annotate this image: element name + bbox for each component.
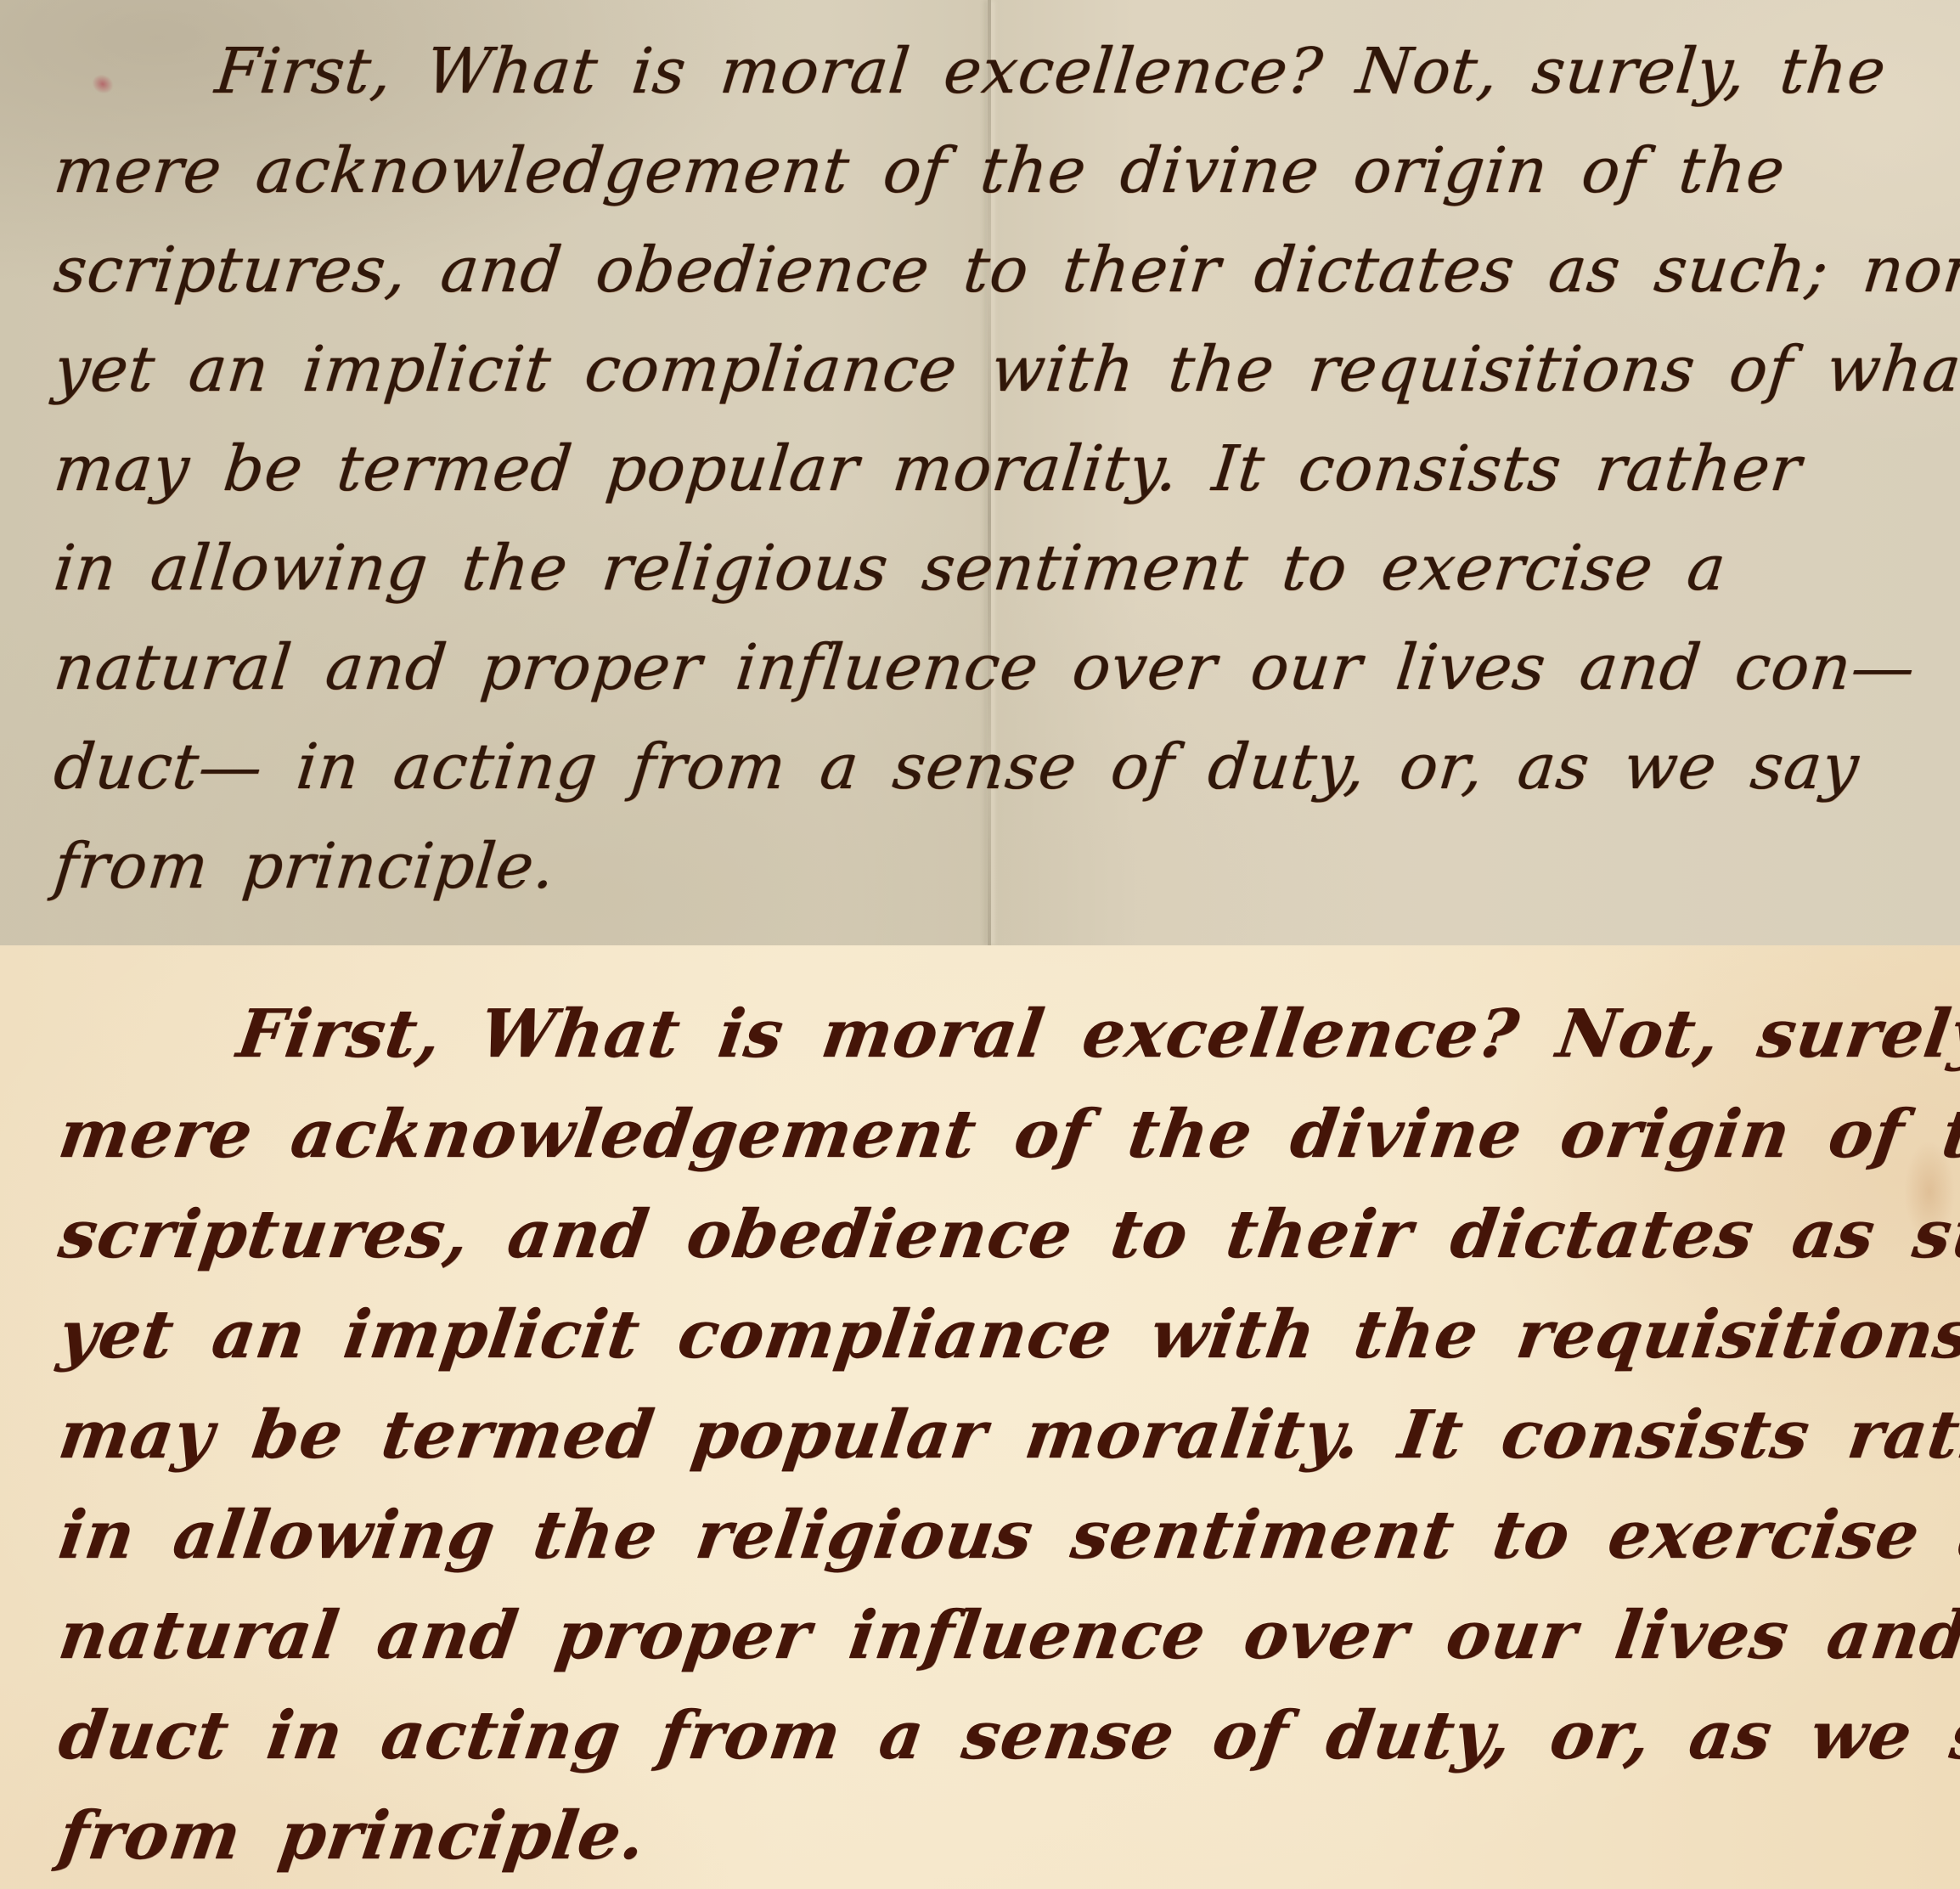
recreation-panel: First, What is moral excellence? Not, su…: [0, 945, 1960, 1889]
manuscript-line: natural and proper influence over our li…: [53, 1586, 1957, 1686]
manuscript-line: natural and proper influence over our li…: [49, 618, 1953, 718]
manuscript-line: may be termed popular morality. It consi…: [53, 1385, 1957, 1486]
manuscript-line: scriptures, and obedience to their dicta…: [53, 1185, 1957, 1285]
manuscript-line: duct in acting from a sense of duty, or,…: [53, 1686, 1957, 1786]
recreation-text-block: First, What is moral excellence? Not, su…: [53, 984, 1943, 1886]
manuscript-line: First, What is moral excellence? Not, su…: [53, 984, 1957, 1085]
manuscript-line: mere acknowledgement of the divine origi…: [49, 121, 1953, 221]
manuscript-line: in allowing the religious sentiment to e…: [53, 1486, 1957, 1586]
manuscript-line: may be termed popular morality. It consi…: [49, 420, 1953, 519]
manuscript-line: First, What is moral excellence? Not, su…: [49, 22, 1953, 121]
manuscript-line: mere acknowledgement of the divine origi…: [53, 1085, 1957, 1185]
manuscript-line: duct— in acting from a sense of duty, or…: [49, 718, 1953, 817]
original-text-block: First, What is moral excellence? Not, su…: [49, 22, 1943, 916]
manuscript-line: in allowing the religious sentiment to e…: [49, 519, 1953, 618]
manuscript-line: from principle.: [49, 817, 1953, 916]
manuscript-line: scriptures, and obedience to their dicta…: [49, 221, 1953, 320]
manuscript-line: yet an implicit compliance with the requ…: [49, 320, 1953, 420]
handwriting-comparison: First, What is moral excellence? Not, su…: [0, 0, 1960, 1889]
manuscript-line: from principle.: [53, 1786, 1957, 1886]
original-manuscript-panel: First, What is moral excellence? Not, su…: [0, 0, 1960, 945]
manuscript-line: yet an implicit compliance with the requ…: [53, 1285, 1957, 1385]
